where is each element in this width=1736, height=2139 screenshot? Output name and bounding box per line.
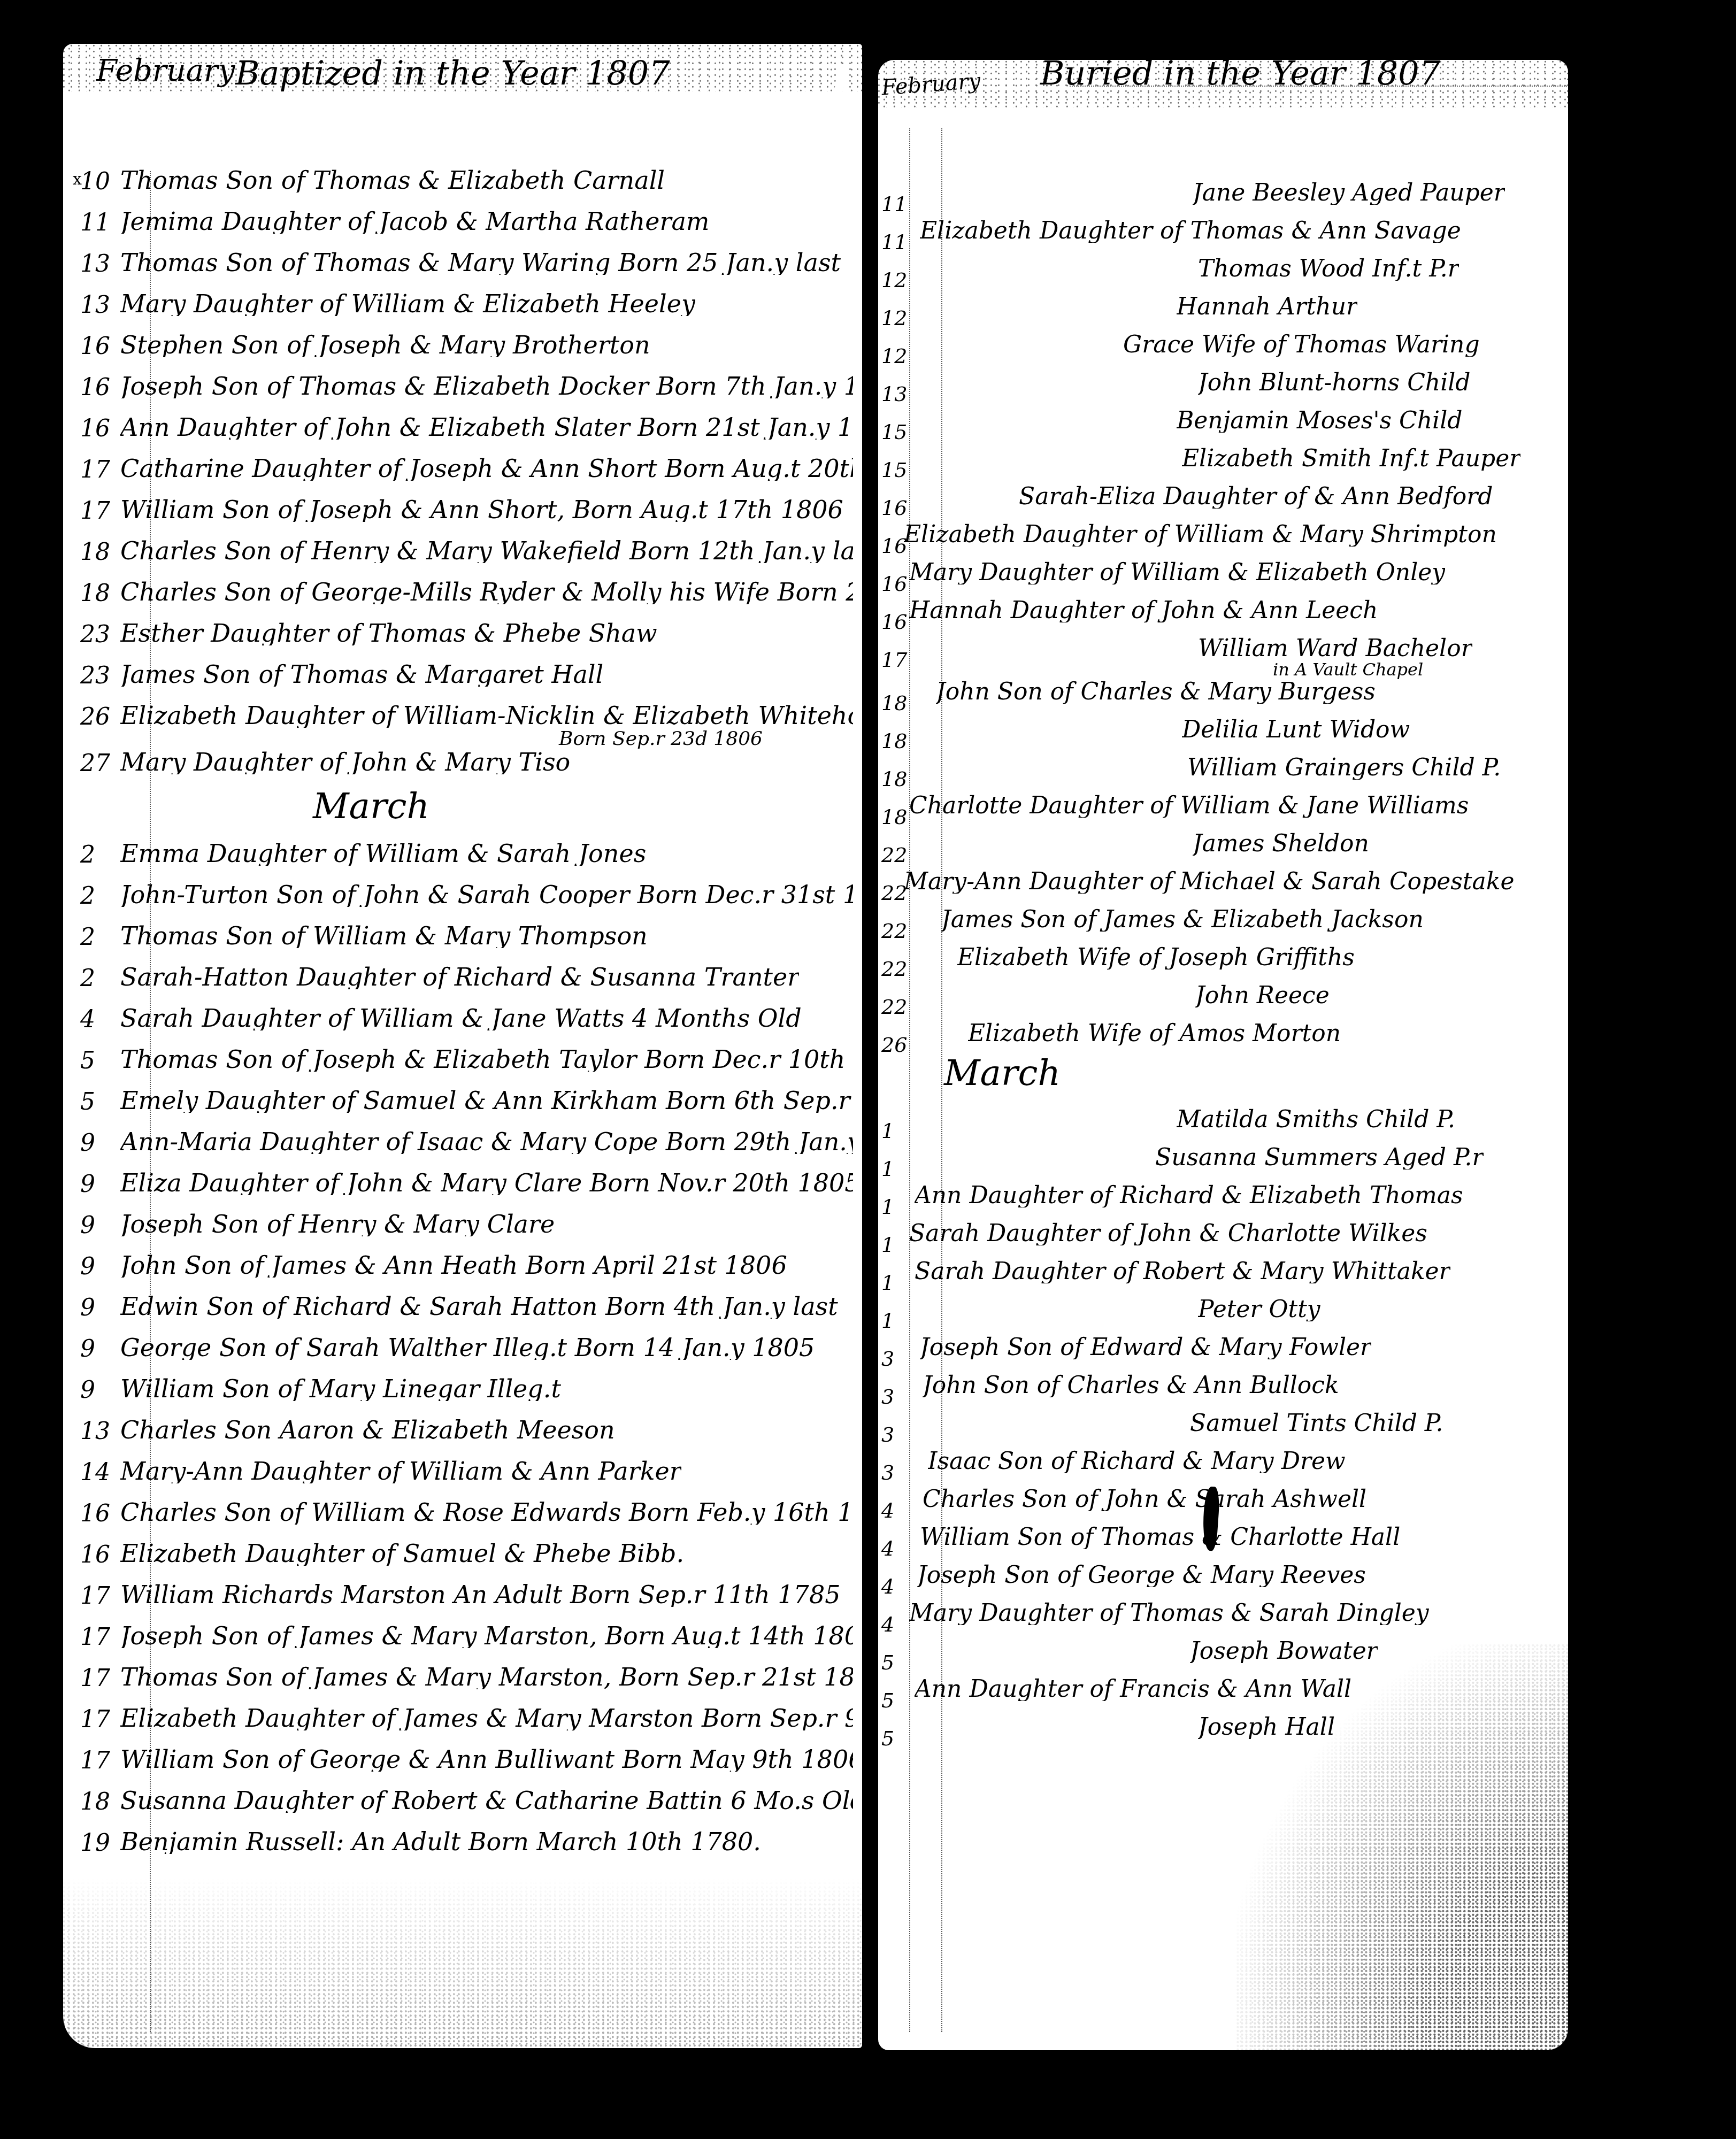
entry-day: 12 <box>881 308 907 328</box>
burial-entry: Joseph Bowater <box>1190 1640 1378 1663</box>
entry-day: 2 <box>80 967 95 990</box>
entry-day: 16 <box>80 1502 110 1526</box>
baptism-entry: Emely Daughter of Samuel & Ann Kirkham B… <box>120 1088 853 1113</box>
entry-day: 5 <box>80 1090 95 1114</box>
burial-entry: William Ward Bachelor <box>1198 637 1472 660</box>
burial-entry: Charlotte Daughter of William & Jane Wil… <box>909 794 1469 818</box>
entry-day: 17 <box>80 1584 110 1608</box>
baptism-entry: Ann Daughter of John & Elizabeth Slater … <box>120 415 853 440</box>
baptism-entry: Mary Daughter of William & Elizabeth Hee… <box>120 291 695 316</box>
burial-entry: James Son of James & Elizabeth Jackson <box>941 908 1424 932</box>
entry-day: 4 <box>881 1538 894 1559</box>
burial-entry: Thomas Wood Inf.t P.r <box>1198 257 1459 281</box>
entry-day: 9 <box>80 1132 95 1155</box>
left-page-title: Baptized in the Year 1807 <box>235 53 670 93</box>
baptism-entry: Elizabeth Daughter of William-Nicklin & … <box>120 703 853 728</box>
baptism-entry: Joseph Son of James & Mary Marston, Born… <box>120 1624 853 1648</box>
entry-day: 13 <box>881 384 907 404</box>
entry-day: 14 <box>80 1461 110 1484</box>
baptism-entry: Susanna Daughter of Robert & Catharine B… <box>120 1788 853 1813</box>
baptism-entry: Catharine Daughter of Joseph & Ann Short… <box>120 456 853 481</box>
baptism-entry: John Son of James & Ann Heath Born April… <box>120 1253 787 1278</box>
baptism-entry: Thomas Son of William & Mary Thompson <box>120 924 648 948</box>
entry-day: 9 <box>80 1296 95 1320</box>
burial-entry: Elizabeth Wife of Joseph Griffiths <box>957 946 1355 970</box>
baptism-entry: Elizabeth Daughter of James & Mary Marst… <box>120 1706 853 1730</box>
entry-day: 2 <box>80 843 95 867</box>
burial-entry: John Reece <box>1195 984 1330 1007</box>
burial-entry: Sarah Daughter of Robert & Mary Whittake… <box>915 1260 1450 1283</box>
entry-day: 17 <box>80 458 110 482</box>
burial-entry: William Son of Thomas & Charlotte Hall <box>920 1526 1400 1549</box>
entry-day: 2 <box>80 884 95 908</box>
month-heading: March <box>944 1052 1061 1094</box>
left-month-header: February <box>96 53 235 88</box>
entry-day: 1 <box>881 1273 894 1293</box>
baptism-entry: William Son of Mary Linegar Illeg.t <box>120 1376 561 1401</box>
entry-day: 9 <box>80 1214 95 1237</box>
month-heading: March <box>313 786 429 827</box>
burial-entry: Delilia Lunt Widow <box>1182 718 1410 742</box>
entry-day: 5 <box>881 1690 894 1711</box>
baptism-entry: Stephen Son of Joseph & Mary Brotherton <box>120 333 650 357</box>
entry-day: 16 <box>80 1543 110 1567</box>
entry-day: 9 <box>80 1255 95 1279</box>
burial-entry: Elizabeth Smith Inf.t Pauper <box>1182 447 1520 471</box>
baptism-entry: James Son of Thomas & Margaret Hall <box>120 662 603 687</box>
entry-day: 18 <box>881 693 907 713</box>
entry-day: 16 <box>881 498 907 518</box>
entry-day: 16 <box>80 335 110 358</box>
entry-day: 22 <box>881 997 907 1017</box>
entry-day: 17 <box>881 650 907 670</box>
burial-entry: Grace Wife of Thomas Waring <box>1123 333 1480 357</box>
entry-day: 17 <box>80 1708 110 1732</box>
entry-day: 13 <box>80 1420 110 1443</box>
right-page-title: Buried in the Year 1807 <box>1040 53 1440 93</box>
entry-day: 1 <box>881 1235 894 1255</box>
entry-day: 5 <box>881 1652 894 1673</box>
entry-day: 4 <box>80 1008 95 1032</box>
baptism-entry: Esther Daughter of Thomas & Phebe Shaw <box>120 621 657 645</box>
ruled-line <box>941 128 942 2032</box>
baptism-entry: Joseph Son of Henry & Mary Clare <box>120 1212 555 1236</box>
burial-entry: Matilda Smiths Child P. <box>1177 1108 1455 1132</box>
baptism-entry: Jemima Daughter of Jacob & Martha Rather… <box>120 209 709 234</box>
baptism-entry: Sarah Daughter of William & Jane Watts 4… <box>120 1006 802 1030</box>
baptism-entry: William Richards Marston An Adult Born S… <box>120 1582 840 1607</box>
entry-day: 3 <box>881 1387 894 1407</box>
burial-entry: Sarah Daughter of John & Charlotte Wilke… <box>909 1222 1427 1245</box>
entry-day: 22 <box>881 921 907 941</box>
burial-entry: Mary-Ann Daughter of Michael & Sarah Cop… <box>904 870 1514 894</box>
burial-entry: Elizabeth Daughter of Thomas & Ann Savag… <box>920 219 1461 243</box>
entry-day: 12 <box>881 346 907 366</box>
baptism-entry: Mary-Ann Daughter of William & Ann Parke… <box>120 1459 681 1483</box>
entry-day: 13 <box>80 252 110 276</box>
baptism-entry: Edwin Son of Richard & Sarah Hatton Born… <box>120 1294 838 1319</box>
baptism-entry: John-Turton Son of John & Sarah Cooper B… <box>120 882 853 907</box>
entry-day: 1 <box>881 1121 894 1141</box>
entry-day: 1 <box>881 1197 894 1217</box>
entry-day: 23 <box>80 623 110 647</box>
entry-day: 11 <box>881 232 907 252</box>
entry-day: 18 <box>881 731 907 751</box>
baptism-entry: William Son of Joseph & Ann Short, Born … <box>120 497 843 522</box>
burial-entry: Hannah Daughter of John & Ann Leech <box>909 599 1378 622</box>
entry-day: 16 <box>80 376 110 399</box>
burial-entry: James Sheldon <box>1193 832 1369 856</box>
baptism-entry: Eliza Daughter of John & Mary Clare Born… <box>120 1171 853 1195</box>
entry-day: 9 <box>80 1337 95 1361</box>
burial-entry: Joseph Hall <box>1198 1715 1335 1739</box>
entry-day: 5 <box>881 1728 894 1749</box>
burial-entry: Charles Son of John & Sarah Ashwell <box>923 1488 1366 1511</box>
burial-entry: John Son of Charles & Ann Bullock <box>923 1374 1339 1397</box>
baptism-entry: Thomas Son of Thomas & Mary Waring Born … <box>120 250 841 275</box>
burial-entry: John Blunt-horns Child <box>1198 371 1471 395</box>
entry-day: 18 <box>80 541 110 564</box>
entry-day: 15 <box>881 460 907 480</box>
baptism-entry: Elizabeth Daughter of Samuel & Phebe Bib… <box>120 1541 684 1566</box>
entry-day: 18 <box>80 582 110 605</box>
entry-day: 1 <box>881 1159 894 1179</box>
entry-note: Born Sep.r 23d 1806 <box>559 728 763 750</box>
entry-day: 10 <box>80 170 110 194</box>
baptism-entry: Sarah-Hatton Daughter of Richard & Susan… <box>120 965 799 989</box>
entry-day: 3 <box>881 1349 894 1369</box>
entry-day: 4 <box>881 1576 894 1597</box>
baptism-entry: Charles Son Aaron & Elizabeth Meeson <box>120 1418 615 1442</box>
entry-day: 3 <box>881 1463 894 1483</box>
burial-entry: Ann Daughter of Richard & Elizabeth Thom… <box>915 1184 1463 1207</box>
baptism-entry: William Son of George & Ann Bulliwant Bo… <box>120 1747 853 1772</box>
burial-entry: Samuel Tints Child P. <box>1190 1412 1443 1435</box>
baptism-entry: Charles Son of George-Mills Ryder & Moll… <box>120 580 853 604</box>
entry-day: 17 <box>80 1749 110 1773</box>
ruled-line <box>909 128 910 2032</box>
baptism-entry: Charles Son of Henry & Mary Wakefield Bo… <box>120 538 853 563</box>
entry-day: 26 <box>881 1035 907 1055</box>
entry-day: 9 <box>80 1379 95 1402</box>
entry-day: 11 <box>881 194 907 214</box>
baptism-entry: Ann-Maria Daughter of Isaac & Mary Cope … <box>120 1129 853 1154</box>
entry-day: 5 <box>80 1049 95 1073</box>
baptism-entry: Charles Son of William & Rose Edwards Bo… <box>120 1500 853 1525</box>
burial-entry: William Graingers Child P. <box>1187 756 1501 780</box>
entry-day: 16 <box>881 612 907 632</box>
baptism-entry: George Son of Sarah Walther Illeg.t Born… <box>120 1335 815 1360</box>
baptism-entry: Benjamin Russell: An Adult Born March 10… <box>120 1829 761 1854</box>
entry-day: 19 <box>80 1832 110 1855</box>
entry-day: 16 <box>881 574 907 594</box>
entry-day: 2 <box>80 926 95 949</box>
burial-entry: Mary Daughter of William & Elizabeth Onl… <box>909 561 1445 584</box>
entry-day: 18 <box>881 769 907 789</box>
burial-entry: Jane Beesley Aged Pauper <box>1193 181 1505 205</box>
burial-entry: Susanna Summers Aged P.r <box>1155 1146 1484 1169</box>
burial-entry: Hannah Arthur <box>1177 295 1357 319</box>
burial-entry: Joseph Son of Edward & Mary Fowler <box>920 1336 1371 1359</box>
entry-day: 18 <box>80 1790 110 1814</box>
burial-entry: Isaac Son of Richard & Mary Drew <box>928 1450 1346 1473</box>
entry-day: 1 <box>881 1311 894 1331</box>
burial-entry: Elizabeth Wife of Amos Morton <box>968 1022 1341 1045</box>
entry-day: 23 <box>80 664 110 688</box>
entry-day: 4 <box>881 1501 894 1521</box>
entry-day: 12 <box>881 270 907 290</box>
entry-day: 27 <box>80 752 110 775</box>
burial-entry: John Son of Charles & Mary Burgess <box>936 680 1376 704</box>
entry-day: 3 <box>881 1425 894 1445</box>
entry-day: 16 <box>80 417 110 441</box>
entry-day: 11 <box>80 211 110 235</box>
baptism-entry: Thomas Son of James & Mary Marston, Born… <box>120 1665 853 1689</box>
ruled-line <box>1070 86 1567 87</box>
entry-day: 17 <box>80 1667 110 1690</box>
burial-entry: Peter Otty <box>1198 1298 1320 1321</box>
baptism-entry: Joseph Son of Thomas & Elizabeth Docker … <box>120 374 853 398</box>
baptism-entry: Mary Daughter of John & Mary Tiso <box>120 750 570 774</box>
entry-day: 22 <box>881 959 907 979</box>
entry-day: 22 <box>881 845 907 865</box>
entry-day: 17 <box>80 499 110 523</box>
entry-day: 9 <box>80 1173 95 1196</box>
entry-day: 18 <box>881 807 907 827</box>
baptism-entry: Thomas Son of Joseph & Elizabeth Taylor … <box>120 1047 853 1072</box>
entry-day: 26 <box>80 705 110 729</box>
baptism-entry: Emma Daughter of William & Sarah Jones <box>120 841 646 866</box>
burial-entry: Joseph Son of George & Mary Reeves <box>917 1564 1366 1587</box>
entry-day: 17 <box>80 1626 110 1649</box>
burial-entry: Elizabeth Daughter of William & Mary Shr… <box>904 523 1497 547</box>
entry-day: 13 <box>80 294 110 317</box>
burial-entry: Mary Daughter of Thomas & Sarah Dingley <box>909 1602 1429 1625</box>
baptism-entry: Thomas Son of Thomas & Elizabeth Carnall <box>120 168 665 193</box>
burial-entry: Sarah-Eliza Daughter of & Ann Bedford <box>1019 485 1493 509</box>
entry-day: 15 <box>881 422 907 442</box>
entry-day: 4 <box>881 1614 894 1635</box>
burial-entry: Ann Daughter of Francis & Ann Wall <box>915 1678 1351 1701</box>
entry-note: in A Vault Chapel <box>1273 659 1423 680</box>
burial-entry: Benjamin Moses's Child <box>1177 409 1462 433</box>
